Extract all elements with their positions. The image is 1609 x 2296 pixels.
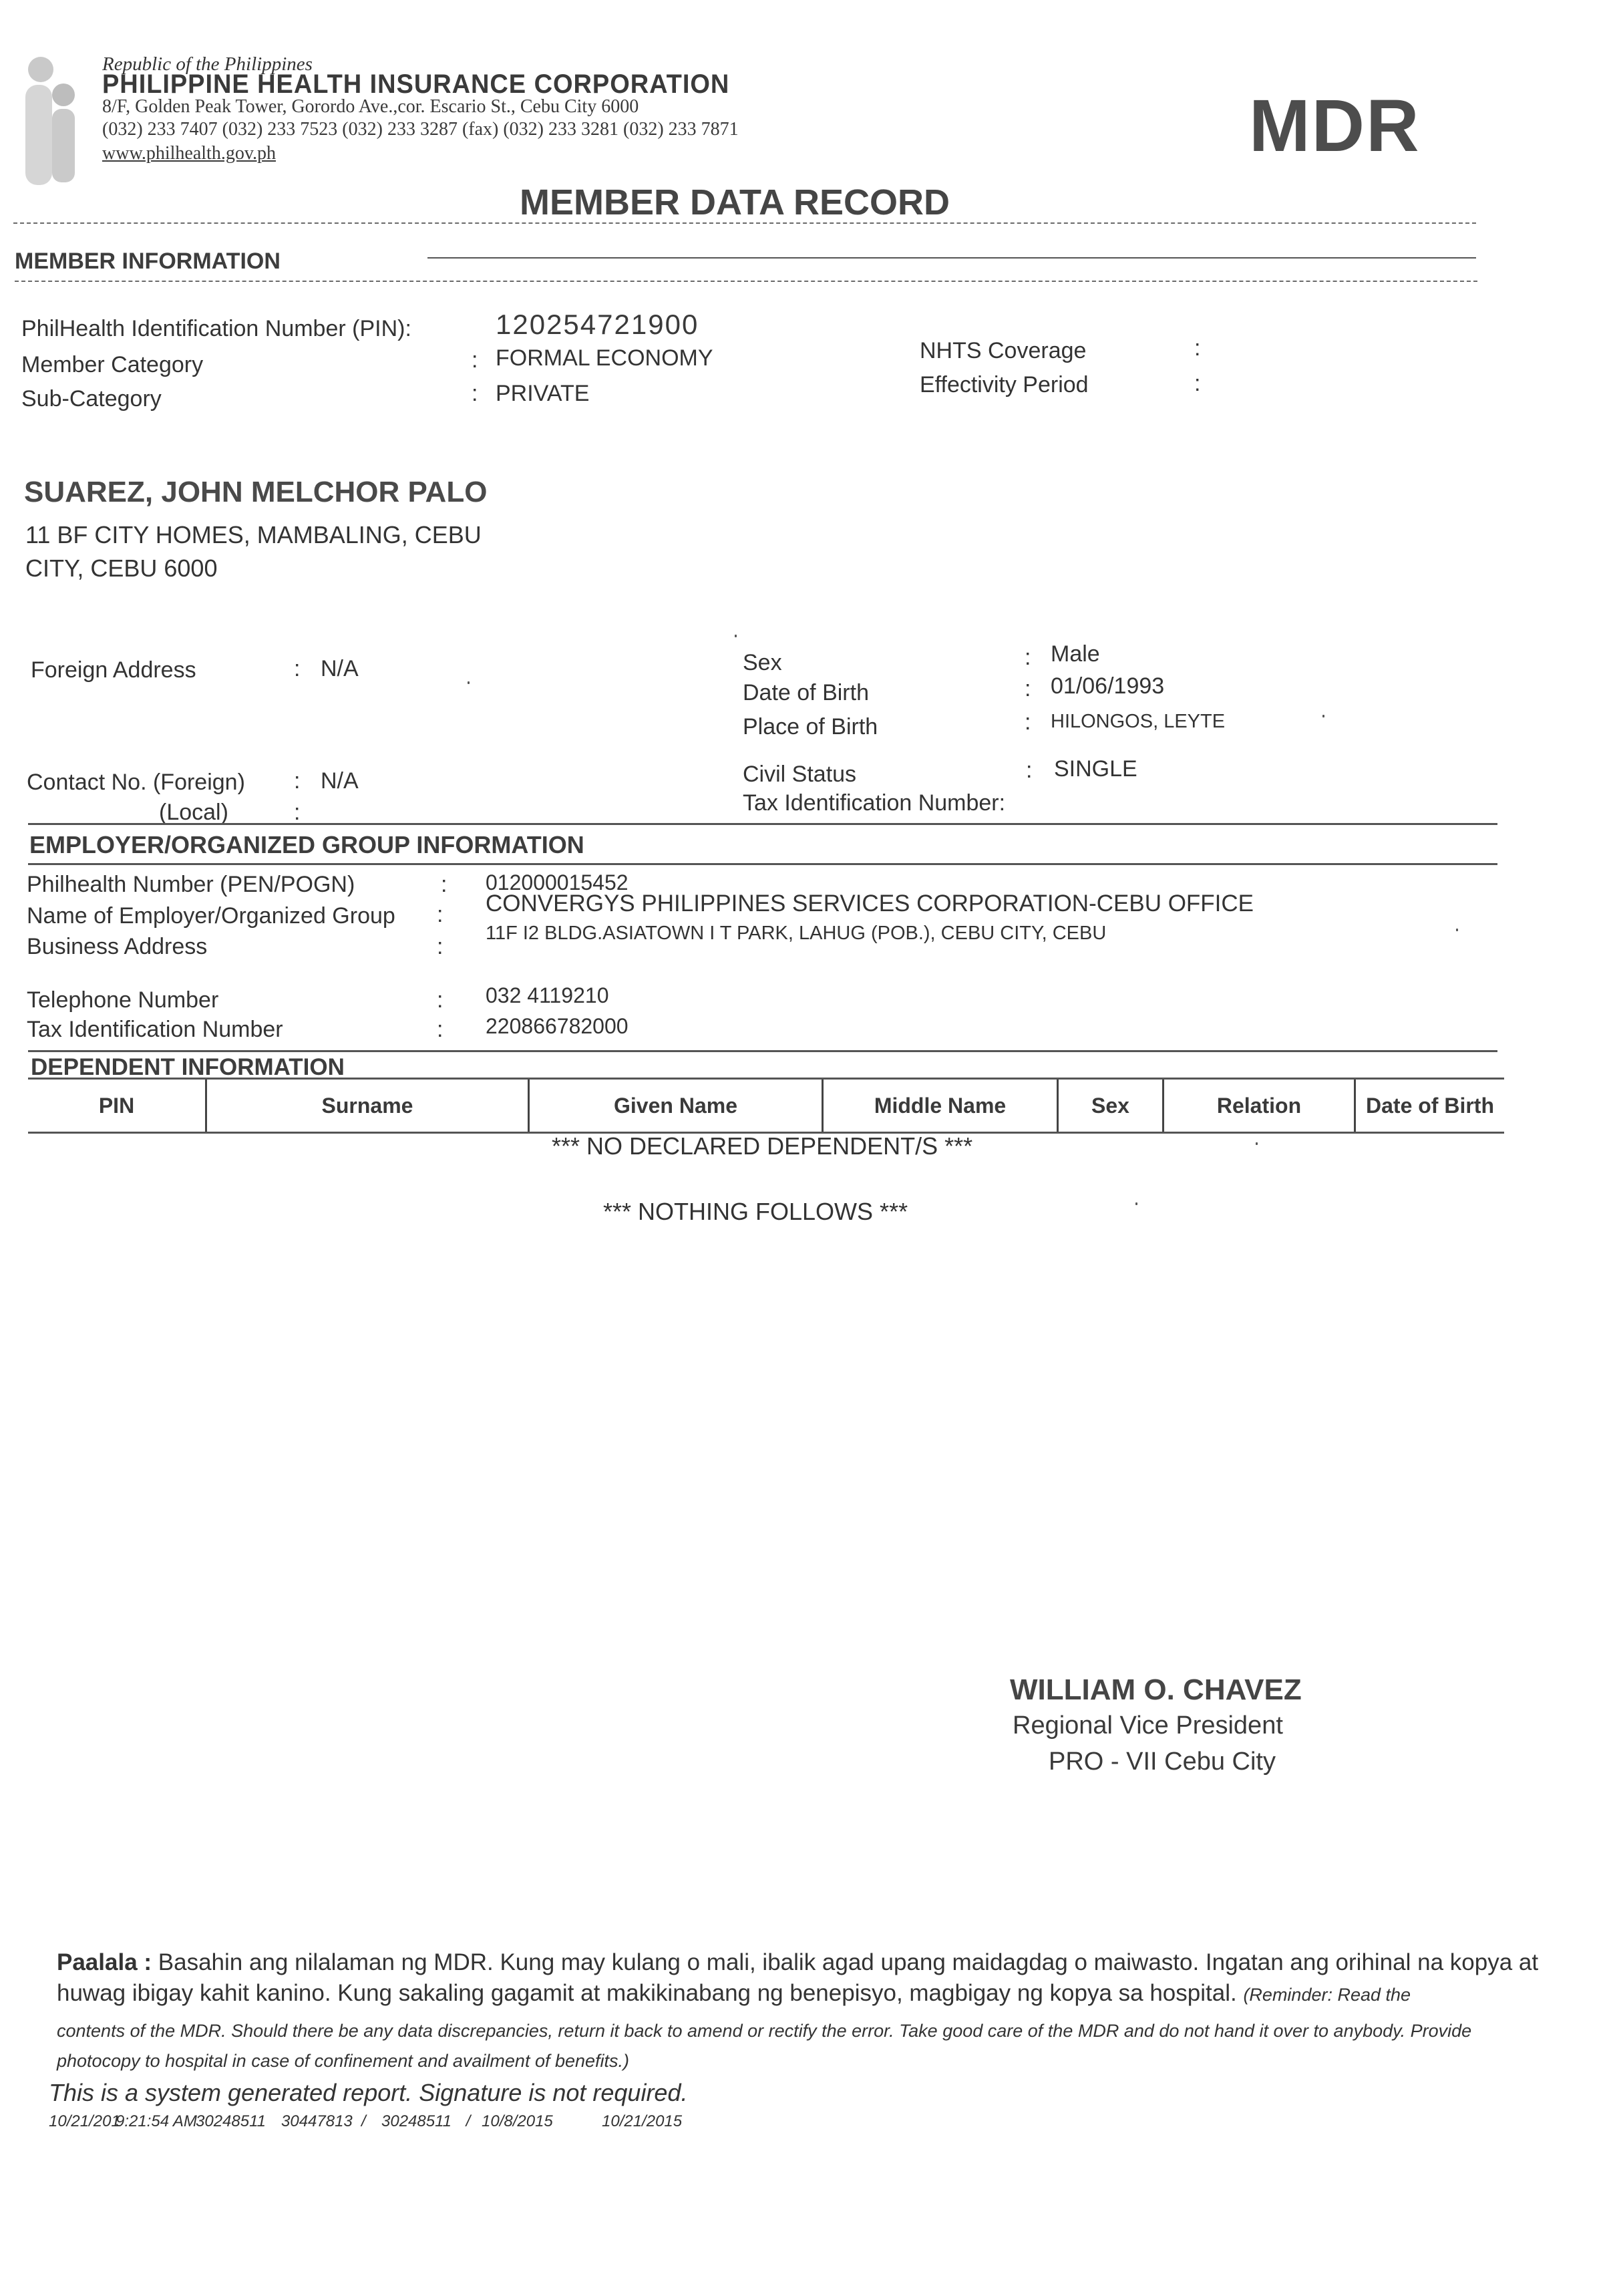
business-address-label: Business Address	[27, 934, 207, 960]
signatory-name: WILLIAM O. CHAVEZ	[1010, 1673, 1302, 1707]
foreign-address-value: N/A	[321, 656, 359, 682]
contact-foreign-label: Contact No. (Foreign)	[27, 770, 245, 796]
divider	[28, 863, 1497, 865]
column-header-date-of-birth: Date of Birth	[1356, 1080, 1504, 1132]
scan-speck	[1256, 1142, 1258, 1145]
colon: :	[1026, 758, 1032, 784]
nhts-coverage-label: NHTS Coverage	[920, 338, 1086, 364]
place-of-birth-value: HILONGOS, LEYTE	[1051, 711, 1225, 733]
employer-tin-label: Tax Identification Number	[27, 1017, 283, 1043]
scan-speck	[1322, 715, 1324, 717]
civil-status-value: SINGLE	[1054, 756, 1137, 782]
website-link[interactable]: www.philhealth.gov.ph	[102, 143, 276, 164]
foreign-address-label: Foreign Address	[31, 657, 196, 683]
scan-speck	[735, 635, 737, 637]
date-of-birth-value: 01/06/1993	[1051, 673, 1164, 699]
print-date: 10/21/201	[49, 2112, 116, 2131]
column-header-given-name: Given Name	[530, 1080, 824, 1132]
place-of-birth-label: Place of Birth	[743, 714, 878, 740]
sex-label: Sex	[743, 650, 782, 676]
corporation-name: PHILIPPINE HEALTH INSURANCE CORPORATION	[102, 69, 729, 100]
pen-label: Philhealth Number (PEN/POGN)	[27, 872, 355, 898]
civil-status-label: Civil Status	[743, 762, 856, 788]
effectivity-period-label: Effectivity Period	[920, 372, 1089, 398]
colon: :	[1025, 645, 1031, 671]
dependents-table-header: PIN Surname Given Name Middle Name Sex R…	[28, 1078, 1504, 1134]
colon: :	[472, 381, 478, 407]
member-name: SUAREZ, JOHN MELCHOR PALO	[24, 476, 487, 509]
employer-name-value: CONVERGYS PHILIPPINES SERVICES CORPORATI…	[486, 890, 1254, 917]
nothing-follows-note: *** NOTHING FOLLOWS ***	[603, 1198, 908, 1226]
divider	[13, 222, 1476, 224]
reminder-lead: (Reminder: Read the	[1243, 1985, 1411, 2005]
colon: :	[472, 347, 478, 373]
scan-speck	[1135, 1202, 1137, 1205]
reference-3: 30248511	[381, 2112, 455, 2131]
section-title-dependents: DEPENDENT INFORMATION	[31, 1054, 345, 1081]
sex-value: Male	[1051, 641, 1100, 667]
colon: :	[1194, 371, 1200, 397]
paalala-label: Paalala :	[57, 1949, 152, 1975]
telephone-value: 032 4119210	[486, 983, 608, 1008]
system-generated-note: This is a system generated report. Signa…	[49, 2079, 687, 2107]
sub-category-value: PRIVATE	[496, 381, 589, 407]
signatory-office: PRO - VII Cebu City	[1049, 1748, 1276, 1776]
contact-local-label: (Local)	[159, 800, 228, 826]
pin-label: PhilHealth Identification Number (PIN):	[21, 316, 411, 342]
section-title-member: MEMBER INFORMATION	[15, 249, 281, 275]
divider	[28, 823, 1497, 825]
colon: :	[1025, 676, 1031, 702]
no-dependents-note: *** NO DECLARED DEPENDENT/S ***	[552, 1132, 972, 1160]
divider	[427, 257, 1476, 259]
colon: :	[437, 934, 443, 960]
column-header-surname: Surname	[207, 1080, 530, 1132]
colon: :	[1025, 709, 1031, 735]
divider	[15, 281, 1477, 282]
colon: :	[294, 656, 300, 682]
separator: /	[455, 2112, 482, 2131]
member-tin-label: Tax Identification Number:	[743, 790, 1005, 816]
column-header-pin: PIN	[28, 1080, 207, 1132]
colon: :	[437, 902, 443, 928]
colon: :	[1194, 335, 1200, 361]
telephone-label: Telephone Number	[27, 987, 218, 1013]
member-category-label: Member Category	[21, 352, 203, 378]
reference-2: 30447813	[276, 2112, 361, 2131]
print-metadata: 10/21/201 9:21:54 AM 30248511 30447813 /…	[49, 2112, 682, 2131]
column-header-relation: Relation	[1164, 1080, 1356, 1132]
mdr-badge: MDR	[1249, 84, 1421, 168]
contact-foreign-value: N/A	[321, 768, 359, 794]
colon: :	[294, 768, 300, 794]
divider	[28, 1050, 1497, 1052]
member-category-value: FORMAL ECONOMY	[496, 345, 713, 371]
philhealth-logo	[20, 57, 100, 190]
corporation-address: 8/F, Golden Peak Tower, Gorordo Ave.,cor…	[102, 96, 639, 118]
date-of-birth-label: Date of Birth	[743, 680, 869, 706]
scan-speck	[1456, 929, 1458, 931]
member-address-line2: CITY, CEBU 6000	[25, 554, 217, 583]
section-title-employer: EMPLOYER/ORGANIZED GROUP INFORMATION	[29, 831, 584, 859]
scan-speck	[468, 681, 470, 684]
date-1: 10/8/2015	[482, 2112, 602, 2131]
pin-value: 120254721900	[496, 309, 699, 341]
column-header-middle-name: Middle Name	[824, 1080, 1059, 1132]
colon: :	[441, 872, 447, 898]
business-address-value: 11F I2 BLDG.ASIATOWN I T PARK, LAHUG (PO…	[486, 923, 1106, 945]
colon: :	[437, 1017, 443, 1043]
sub-category-label: Sub-Category	[21, 386, 162, 412]
colon: :	[437, 987, 443, 1013]
column-header-sex: Sex	[1059, 1080, 1164, 1132]
reference-1: 30248511	[196, 2112, 276, 2131]
employer-name-label: Name of Employer/Organized Group	[27, 903, 395, 929]
separator: /	[361, 2112, 381, 2131]
print-time: 9:21:54 AM	[116, 2112, 196, 2131]
employer-tin-value: 220866782000	[486, 1014, 629, 1039]
paalala-notice: Paalala : Basahin ang nilalaman ng MDR. …	[57, 1947, 1573, 2010]
corporation-phones: (032) 233 7407 (032) 233 7523 (032) 233 …	[102, 119, 739, 140]
reminder-english: contents of the MDR. Should there be any…	[57, 2016, 1560, 2076]
date-2: 10/21/2015	[602, 2112, 682, 2131]
member-address-line1: 11 BF CITY HOMES, MAMBALING, CEBU	[25, 521, 482, 549]
document-title: MEMBER DATA RECORD	[520, 182, 950, 223]
signatory-title: Regional Vice President	[1013, 1711, 1283, 1740]
colon: :	[294, 800, 300, 826]
